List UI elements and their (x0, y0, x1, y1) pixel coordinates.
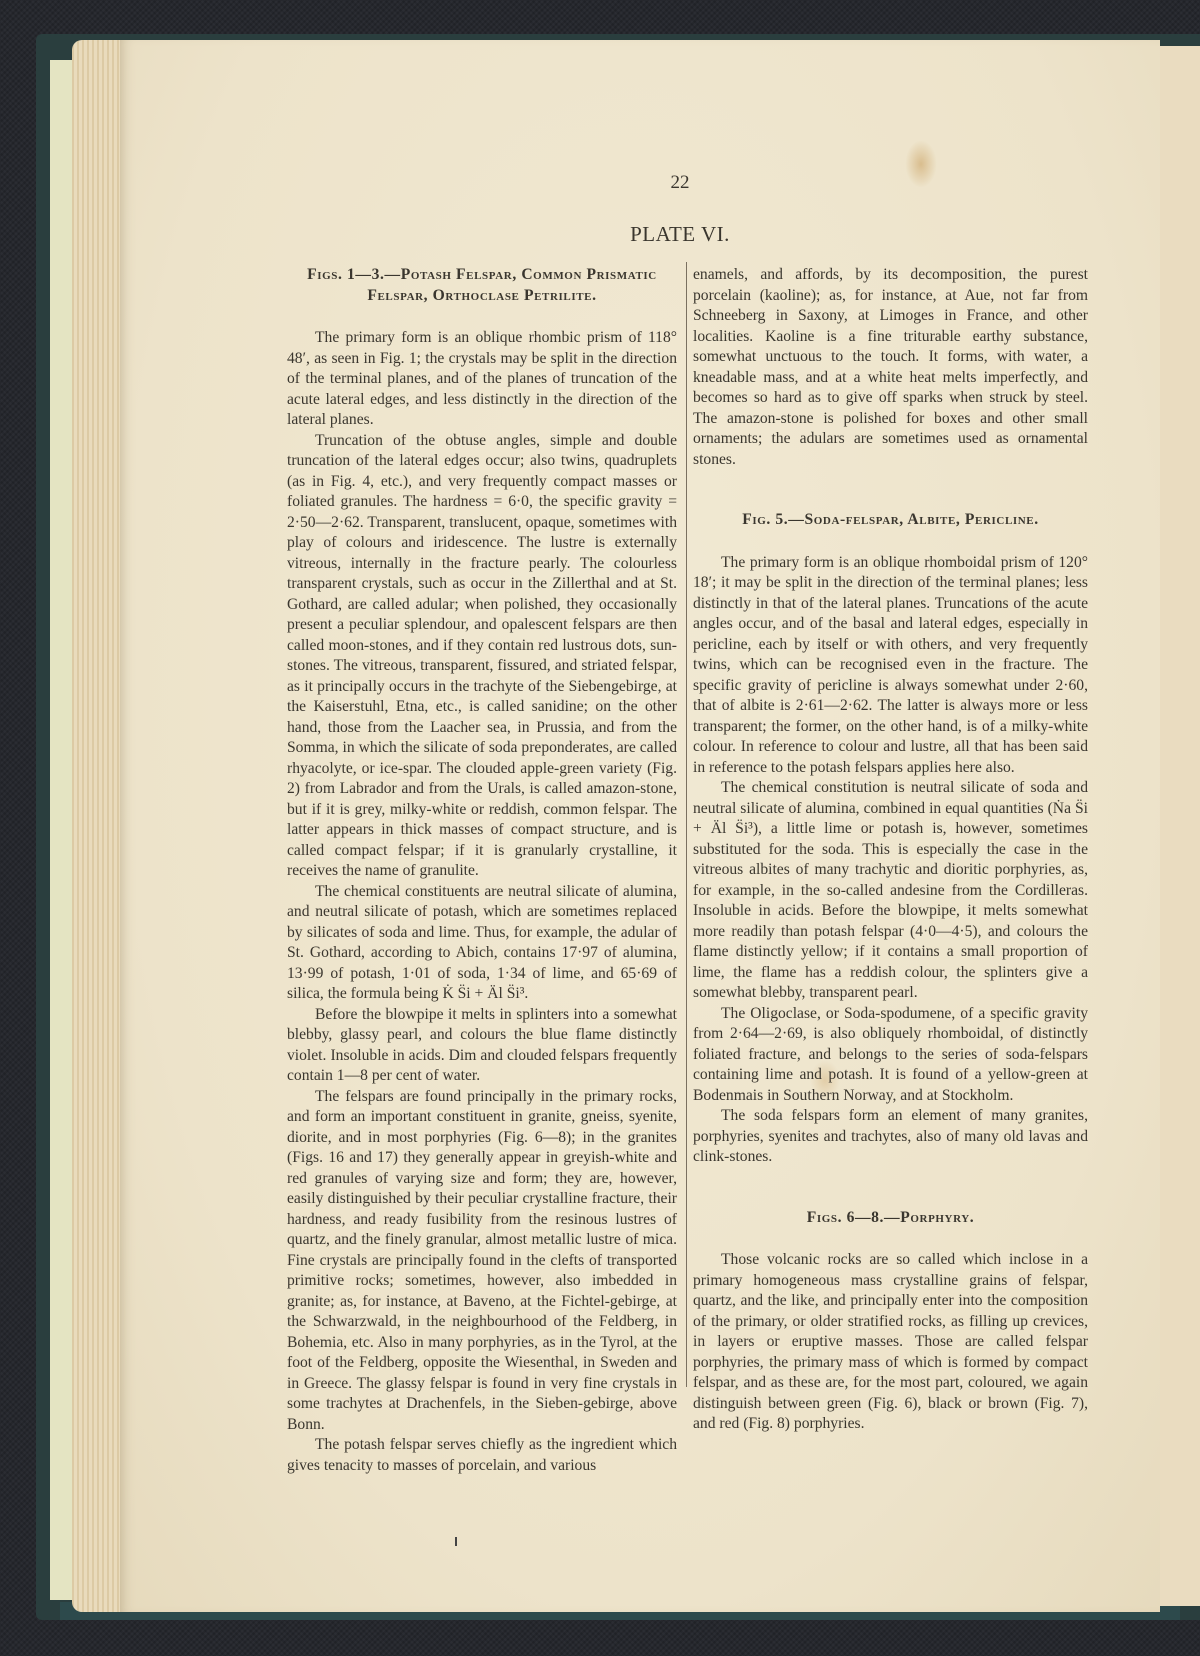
paragraph-continuation: enamels, and affords, by its decompositi… (693, 265, 1088, 470)
paragraph: The chemical constituents are neutral si… (287, 882, 677, 1005)
foxing-stain (905, 140, 937, 188)
section-heading-porphyry: Figs. 6—8.—Porphyry. (693, 1208, 1088, 1229)
paragraph: The soda felspars form an element of man… (693, 1106, 1088, 1168)
paragraph: The primary form is an oblique rhombic p… (287, 328, 677, 431)
paragraph: The potash felspar serves chiefly as the… (287, 1435, 677, 1476)
plate-title: PLATE VI. (560, 222, 800, 247)
paragraph: The felspars are found principally in th… (287, 1087, 677, 1436)
paragraph: Truncation of the obtuse angles, simple … (287, 431, 677, 882)
endpaper (50, 60, 74, 1600)
paragraph: Those volcanic rocks are so called which… (693, 1250, 1088, 1435)
paragraph: Before the blowpipe it melts in splinter… (287, 1005, 677, 1087)
page-number: 22 (660, 172, 700, 194)
right-column: enamels, and affords, by its decompositi… (693, 265, 1088, 1435)
section-heading-soda-felspar: Fig. 5.—Soda-felspar, Albite, Pericline. (693, 510, 1088, 531)
paragraph: The chemical constitution is neutral sil… (693, 778, 1088, 1004)
page-edges (72, 40, 122, 1612)
left-column: Figs. 1—3.—Potash Felspar, Common Prisma… (287, 265, 677, 1476)
paragraph: The primary form is an oblique rhomboida… (693, 553, 1088, 779)
next-page-edge (1158, 46, 1200, 1606)
print-mark (455, 1537, 457, 1546)
paragraph: The Oligoclase, or Soda-spodumene, of a … (693, 1004, 1088, 1107)
section-heading-potash-felspar: Figs. 1—3.—Potash Felspar, Common Prisma… (287, 265, 677, 306)
column-divider (686, 262, 687, 1387)
